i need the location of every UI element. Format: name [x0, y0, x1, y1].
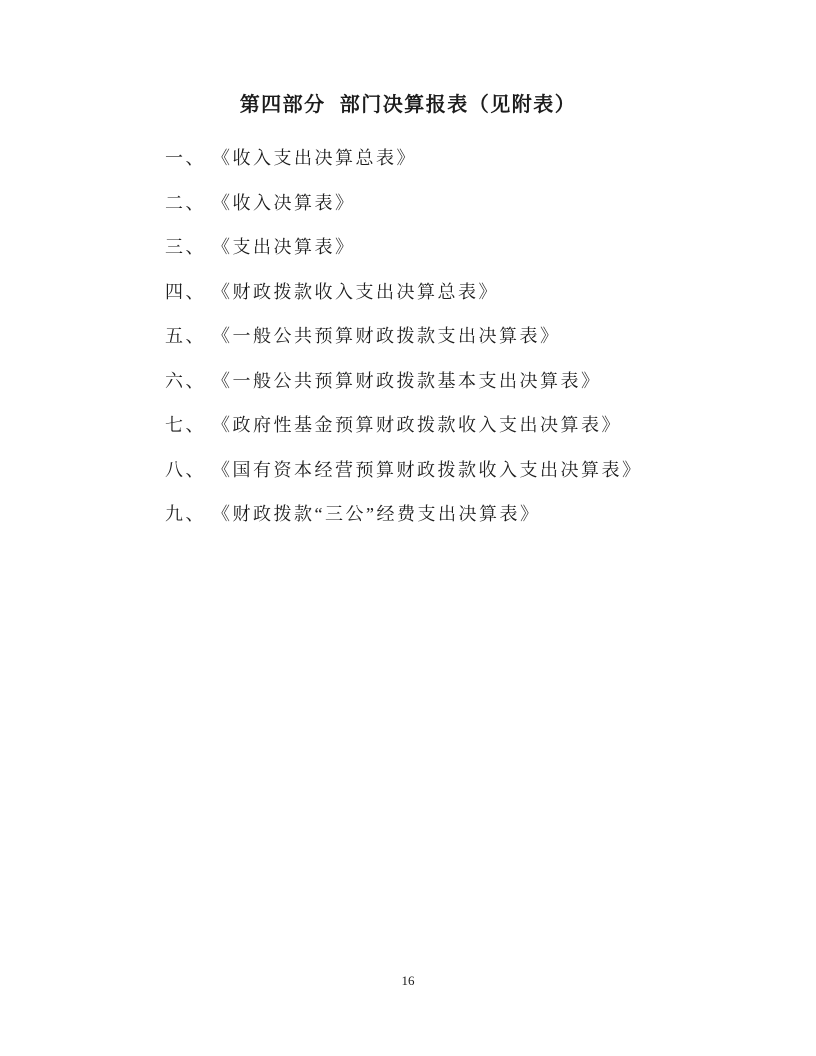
toc-item: 四、《财政拨款收入支出决算总表》 [165, 282, 816, 327]
toc-item-label: 《一般公共预算财政拨款基本支出决算表》 [212, 371, 602, 391]
toc-item-label: 《支出决算表》 [212, 237, 356, 257]
toc-item-number: 一、 [165, 148, 212, 168]
page-title: 第四部分 部门决算报表（见附表） [0, 0, 816, 117]
toc-item-number: 八、 [165, 460, 212, 480]
toc-item: 二、《收入决算表》 [165, 193, 816, 238]
toc-item-label: 《政府性基金预算财政拨款收入支出决算表》 [212, 415, 622, 435]
page-number: 16 [0, 973, 816, 989]
toc-item: 九、《财政拨款“三公”经费支出决算表》 [165, 504, 816, 549]
toc-item: 六、《一般公共预算财政拨款基本支出决算表》 [165, 371, 816, 416]
toc-item-label: 《收入决算表》 [212, 193, 356, 213]
toc-item-number: 二、 [165, 193, 212, 213]
toc-item: 七、《政府性基金预算财政拨款收入支出决算表》 [165, 415, 816, 460]
toc-item-number: 九、 [165, 504, 212, 524]
toc-item-label: 《一般公共预算财政拨款支出决算表》 [212, 326, 561, 346]
toc-item-label: 《国有资本经营预算财政拨款收入支出决算表》 [212, 460, 643, 480]
toc-item-number: 三、 [165, 237, 212, 257]
toc-item: 五、《一般公共预算财政拨款支出决算表》 [165, 326, 816, 371]
toc-item: 三、《支出决算表》 [165, 237, 816, 282]
report-table-list: 一、《收入支出决算总表》二、《收入决算表》三、《支出决算表》四、《财政拨款收入支… [165, 148, 816, 549]
toc-item-number: 四、 [165, 282, 212, 302]
toc-item-label: 《财政拨款“三公”经费支出决算表》 [212, 504, 540, 524]
toc-item-label: 《收入支出决算总表》 [212, 148, 417, 168]
toc-item: 八、《国有资本经营预算财政拨款收入支出决算表》 [165, 460, 816, 505]
toc-item: 一、《收入支出决算总表》 [165, 148, 816, 193]
toc-item-label: 《财政拨款收入支出决算总表》 [212, 282, 499, 302]
toc-item-number: 七、 [165, 415, 212, 435]
document-page: 第四部分 部门决算报表（见附表） 一、《收入支出决算总表》二、《收入决算表》三、… [0, 0, 816, 1056]
toc-item-number: 五、 [165, 326, 212, 346]
toc-item-number: 六、 [165, 371, 212, 391]
